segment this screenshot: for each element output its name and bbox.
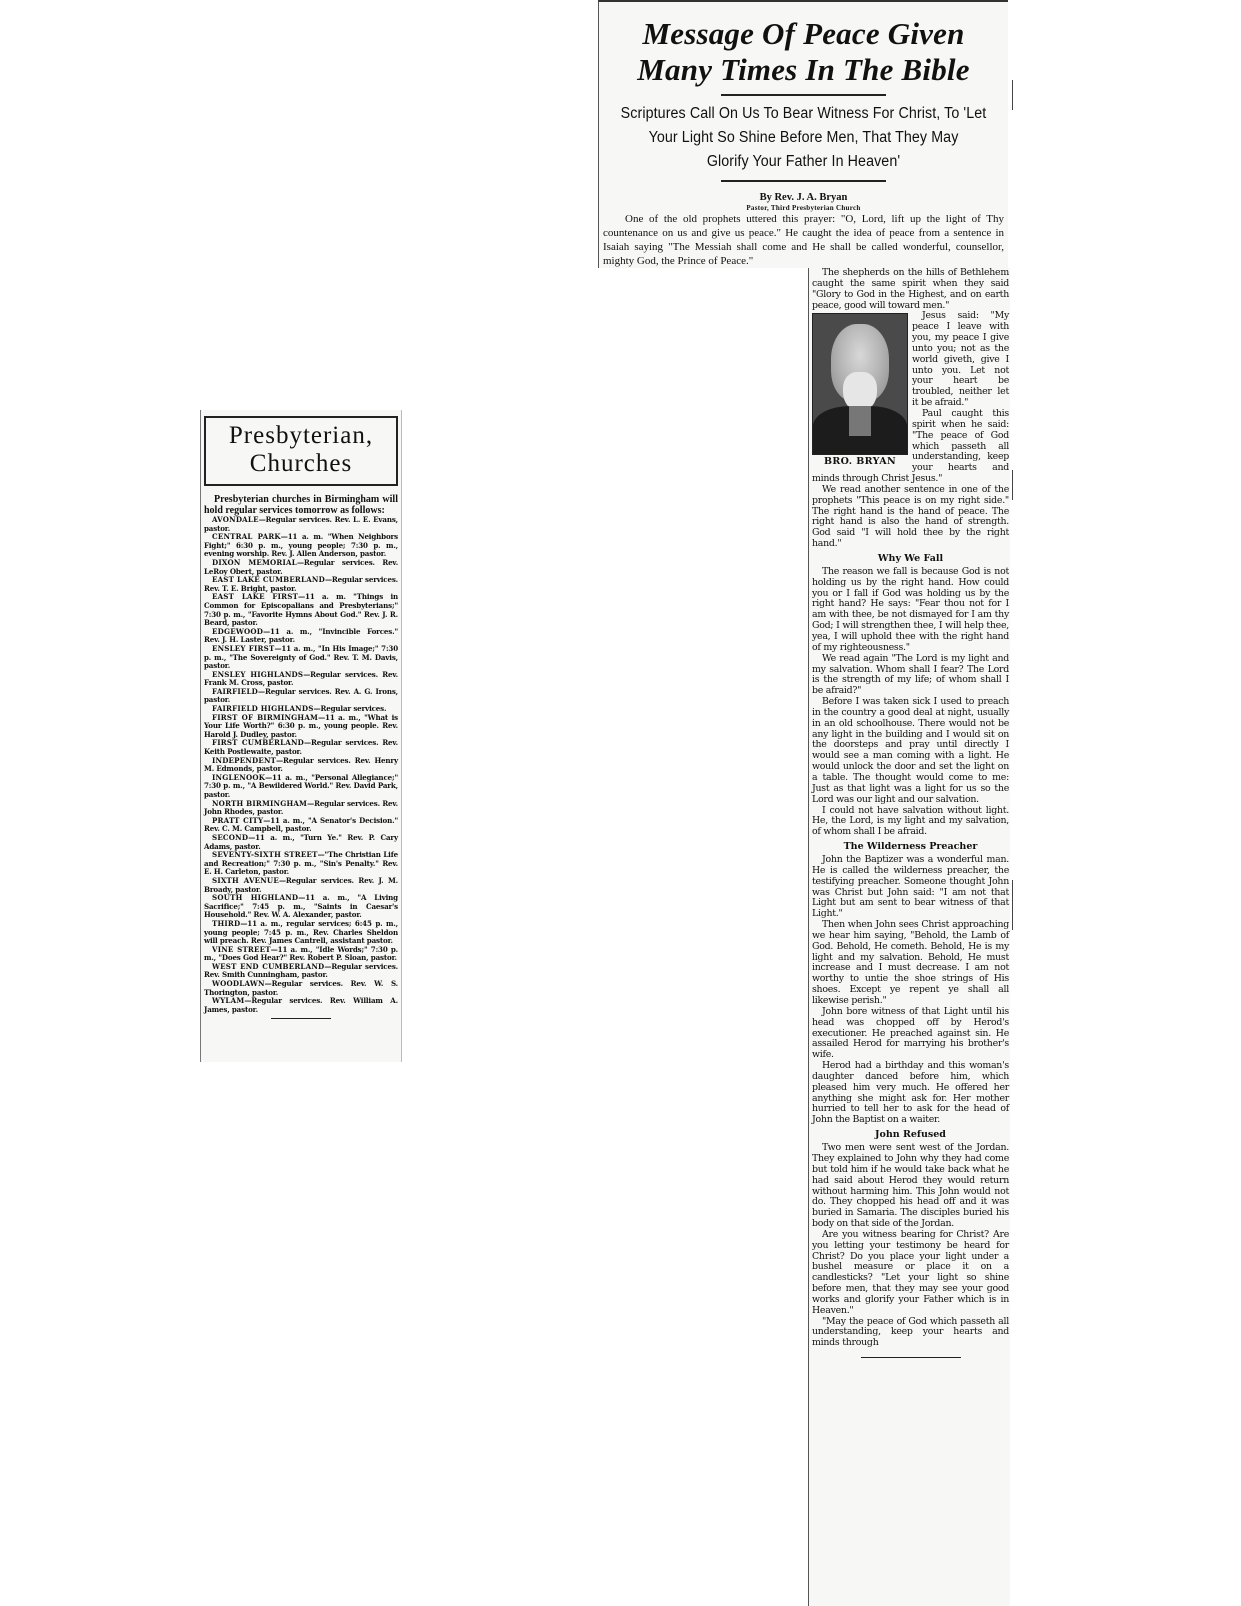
body-paragraph: Before I was taken sick I used to preach… <box>812 697 1009 805</box>
headline-line1: Message Of Peace Given <box>603 16 1004 52</box>
church-entry: SIXTH AVENUE—Regular services. Rev. J. M… <box>204 877 398 894</box>
byline: By Rev. J. A. Bryan <box>603 192 1004 204</box>
deck-line1: Scriptures Call On Us To Bear Witness Fo… <box>619 102 988 126</box>
church-entry: SECOND—11 a. m., "Turn Ye." Rev. P. Cary… <box>204 834 398 851</box>
adjacent-column-edge <box>1010 0 1020 1606</box>
church-entry: EDGEWOOD—11 a. m., "Invincible Forces." … <box>204 628 398 645</box>
headline-rule <box>721 94 886 96</box>
churches-heading-line2: Churches <box>208 450 394 478</box>
church-entry: EAST LAKE CUMBERLAND—Regular services. R… <box>204 576 398 593</box>
article-headline: Message Of Peace Given Many Times In The… <box>603 16 1004 88</box>
author-photo <box>812 313 908 455</box>
article-body-column: The shepherds on the hills of Bethlehem … <box>808 268 1013 1606</box>
church-entry: FIRST OF BIRMINGHAM—11 a. m., "What is Y… <box>204 714 398 740</box>
churches-heading-line1: Presbyterian, <box>208 422 394 450</box>
church-entry: SEVENTY-SIXTH STREET—"The Christian Life… <box>204 851 398 877</box>
article-deck: Scriptures Call On Us To Bear Witness Fo… <box>619 102 988 174</box>
church-entry: INGLENOOK—11 a. m., "Personal Allegiance… <box>204 774 398 800</box>
body-paragraph: "May the peace of God which passeth all … <box>812 1317 1009 1350</box>
subhead-why-we-fall: Why We Fall <box>812 552 1009 566</box>
church-entry: THIRD—11 a. m., regular services; 6:45 p… <box>204 920 398 946</box>
subhead-wilderness-preacher: The Wilderness Preacher <box>812 840 1009 854</box>
presbyterian-churches-clipping: Presbyterian, Churches Presbyterian chur… <box>200 410 402 1062</box>
church-list: AVONDALE—Regular services. Rev. L. E. Ev… <box>204 516 398 1014</box>
deck-rule <box>721 180 886 182</box>
body-paragraph: The shepherds on the hills of Bethlehem … <box>812 268 1009 311</box>
church-entry: INDEPENDENT—Regular services. Rev. Henry… <box>204 757 398 774</box>
body-paragraph: Two men were sent west of the Jordan. Th… <box>812 1143 1009 1230</box>
headline-line2: Many Times In The Bible <box>603 52 1004 88</box>
body-paragraph: John bore witness of that Light until hi… <box>812 1007 1009 1061</box>
end-rule <box>271 1018 331 1019</box>
church-entry: AVONDALE—Regular services. Rev. L. E. Ev… <box>204 516 398 533</box>
church-entry: FAIRFIELD—Regular services. Rev. A. G. I… <box>204 688 398 705</box>
church-entry: EAST LAKE FIRST—11 a. m. "Things in Comm… <box>204 593 398 627</box>
church-entry: WOODLAWN—Regular services. Rev. W. S. Th… <box>204 980 398 997</box>
body-paragraph: We read another sentence in one of the p… <box>812 485 1009 550</box>
church-entry: WYLAM—Regular services. Rev. William A. … <box>204 997 398 1014</box>
church-entry: FIRST CUMBERLAND—Regular services. Rev. … <box>204 739 398 756</box>
photo-caption: BRO. BRYAN <box>812 455 908 469</box>
body-paragraph: Then when John sees Christ approaching w… <box>812 920 1009 1007</box>
church-entry: DIXON MEMORIAL—Regular services. Rev. Le… <box>204 559 398 576</box>
churches-intro: Presbyterian churches in Birmingham will… <box>204 494 398 516</box>
byline-title: Pastor, Third Presbyterian Church <box>603 204 1004 212</box>
deck-line3: Glorify Your Father In Heaven' <box>619 150 988 174</box>
end-rule <box>861 1357 961 1358</box>
body-paragraph: We read again "The Lord is my light and … <box>812 654 1009 697</box>
article-header-clipping: Message Of Peace Given Many Times In The… <box>598 0 1008 268</box>
author-photo-block: BRO. BRYAN <box>812 313 908 469</box>
body-paragraph: Herod had a birthday and this woman's da… <box>812 1061 1009 1126</box>
church-entry: NORTH BIRMINGHAM—Regular services. Rev. … <box>204 800 398 817</box>
church-entry: ENSLEY HIGHLANDS—Regular services. Rev. … <box>204 671 398 688</box>
church-entry: VINE STREET—11 a. m., "Idle Words;" 7:30… <box>204 946 398 963</box>
lead-paragraph: One of the old prophets uttered this pra… <box>603 212 1004 268</box>
deck-line2: Your Light So Shine Before Men, That The… <box>619 126 988 150</box>
church-entry: SOUTH HIGHLAND—11 a. m., "A Living Sacri… <box>204 894 398 920</box>
church-entry: CENTRAL PARK—11 a. m. "When Neighbors Fi… <box>204 533 398 559</box>
body-paragraph: John the Baptizer was a wonderful man. H… <box>812 855 1009 920</box>
subhead-john-refused: John Refused <box>812 1128 1009 1142</box>
body-paragraph: The reason we fall is because God is not… <box>812 567 1009 654</box>
church-entry: ENSLEY FIRST—11 a. m., "In His Image;" 7… <box>204 645 398 671</box>
church-entry: WEST END CUMBERLAND—Regular services. Re… <box>204 963 398 980</box>
body-paragraph: I could not have salvation without light… <box>812 806 1009 839</box>
churches-heading-box: Presbyterian, Churches <box>204 416 398 486</box>
church-entry: PRATT CITY—11 a. m., "A Senator's Decisi… <box>204 817 398 834</box>
body-paragraph: Are you witness bearing for Christ? Are … <box>812 1230 1009 1317</box>
